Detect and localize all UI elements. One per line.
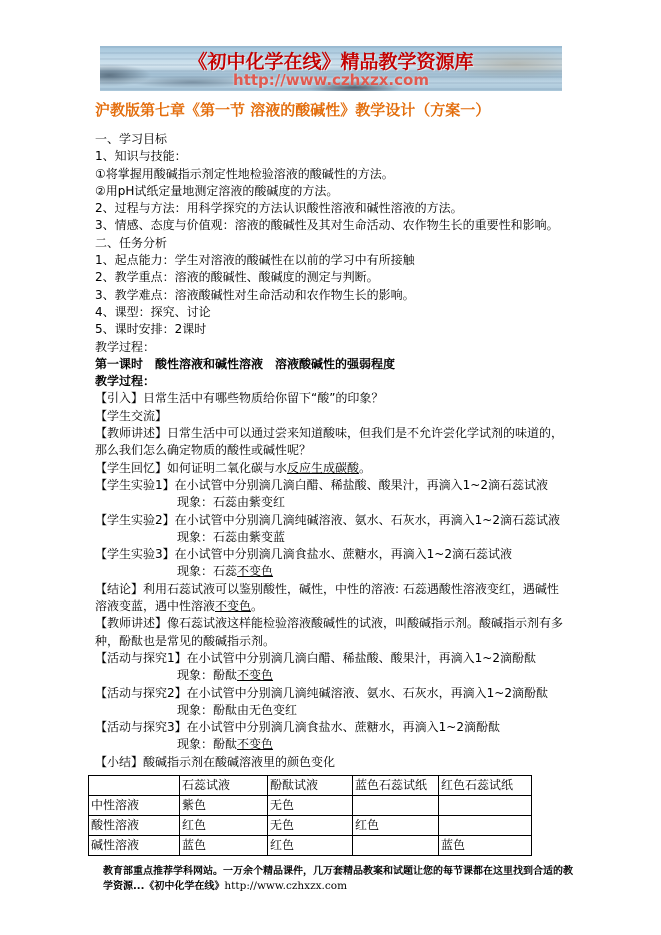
text-run: ②用pH试纸定量地测定溶液的酸碱度的方法。 [95, 184, 338, 198]
table-cell: 蓝色石蕊试纸 [353, 775, 439, 795]
text-run: 【学生实验1】在小试管中分别滴几滴白醋、稀盐酸、酸果汁，再滴入1~2滴石蕊试液 [95, 478, 548, 492]
text-run: 【教师讲述】日常生活中可以通过尝来知道酸味，但我们是不允许尝化学试剂的味道的，那… [95, 426, 563, 457]
table-row: 碱性溶液蓝色红色蓝色 [89, 835, 532, 855]
text-line: 现象：石蕊不变色 [95, 563, 570, 580]
text-line: 2、教学重点：溶液的酸碱性、酸碱度的测定与判断。 [95, 269, 570, 286]
table-row: 酸性溶液红色无色红色 [89, 815, 532, 835]
table-cell: 蓝色 [180, 835, 268, 855]
text-run: 现象：酚酞 [177, 668, 237, 682]
text-run: 现象：石蕊由紫变红 [177, 495, 285, 509]
text-line: 【学生实验2】在小试管中分别滴几滴纯碱溶液、氨水、石灰水，再滴入1~2滴石蕊试液 [95, 512, 570, 529]
text-line: 现象：酚酞不变色 [95, 667, 570, 684]
text-line: 【教师讲述】日常生活中可以通过尝来知道酸味，但我们是不允许尝化学试剂的味道的，那… [95, 425, 570, 460]
table-cell [353, 835, 439, 855]
text-line: 一、学习目标 [95, 131, 570, 148]
text-line: 【引入】日常生活中有哪些物质给你留下“酸”的印象？ [95, 390, 570, 407]
text-run: ①将掌握用酸碱指示剂定性地检验溶液的酸碱性的方法。 [95, 167, 394, 181]
text-run: 现象：酚酞由无色变红 [177, 703, 297, 717]
text-run: 【学生交流】 [95, 409, 167, 423]
text-run: 3、情感、态度与价值观：溶液的酸碱性及其对生命活动、农作物生长的重要性和影响。 [95, 218, 559, 232]
document-page: 《初中化学在线》精品教学资源库 http://www.czhxzx.com 沪教… [0, 0, 661, 935]
text-run: 【活动与探究2】在小试管中分别滴几滴纯碱溶液、氨水、石灰水，再滴入1~2滴酚酞 [95, 686, 548, 700]
text-run: 【引入】日常生活中有哪些物质给你留下“酸”的印象？ [95, 391, 383, 405]
text-run: 现象：酚酞 [177, 737, 237, 751]
text-line: 1、起点能力：学生对溶液的酸碱性在以前的学习中有所接触 [95, 252, 570, 269]
text-line: 教学过程： [95, 339, 570, 356]
text-line: 【学生交流】 [95, 408, 570, 425]
table-cell: 无色 [268, 795, 353, 815]
text-line: 教学过程： [95, 373, 570, 390]
text-run: 。 [251, 599, 263, 613]
text-run: 【学生实验3】在小试管中分别滴几滴食盐水、蔗糖水，再滴入1~2滴石蕊试液 [95, 547, 512, 561]
text-line: 5、课时安排：2课时 [95, 321, 570, 338]
table-cell: 红色 [268, 835, 353, 855]
table-cell: 蓝色 [439, 835, 532, 855]
text-run: 【活动与探究1】在小试管中分别滴几滴白醋、稀盐酸、酸果汁，再滴入1~2滴酚酞 [95, 651, 536, 665]
underlined-text: 不变色 [237, 737, 273, 751]
text-run: 【小结】酸碱指示剂在酸碱溶液里的颜色变化 [95, 755, 335, 769]
text-line: 【学生实验3】在小试管中分别滴几滴食盐水、蔗糖水，再滴入1~2滴石蕊试液 [95, 546, 570, 563]
text-run: 二、任务分析 [95, 236, 167, 250]
text-run: 教学过程： [95, 374, 155, 388]
text-run: 【学生实验2】在小试管中分别滴几滴纯碱溶液、氨水、石灰水，再滴入1~2滴石蕊试液 [95, 513, 560, 527]
table-cell: 红色石蕊试纸 [439, 775, 532, 795]
document-body: 一、学习目标1、知识与技能：①将掌握用酸碱指示剂定性地检验溶液的酸碱性的方法。②… [95, 131, 570, 771]
text-run: 【学生回忆】如何证明二氧化碳与水 [95, 461, 287, 475]
table-cell: 酸性溶液 [89, 815, 180, 835]
table-cell: 碱性溶液 [89, 835, 180, 855]
table-cell: 紫色 [180, 795, 268, 815]
text-line: 【结论】利用石蕊试液可以鉴别酸性，碱性，中性的溶液: 石蕊遇酸性溶液变红，遇碱性… [95, 581, 570, 616]
text-line: 【教师讲述】像石蕊试液这样能检验溶液酸碱性的试液，叫酸碱指示剂。酸碱指示剂有多种… [95, 615, 570, 650]
banner-site-title: 《初中化学在线》精品教学资源库 [100, 52, 562, 72]
text-line: 【活动与探究2】在小试管中分别滴几滴纯碱溶液、氨水、石灰水，再滴入1~2滴酚酞 [95, 685, 570, 702]
table-cell: 红色 [180, 815, 268, 835]
text-run: 一、学习目标 [95, 132, 167, 146]
text-line: 【活动与探究1】在小试管中分别滴几滴白醋、稀盐酸、酸果汁，再滴入1~2滴酚酞 [95, 650, 570, 667]
text-line: 二、任务分析 [95, 235, 570, 252]
text-line: 【小结】酸碱指示剂在酸碱溶液里的颜色变化 [95, 754, 570, 771]
text-line: 【活动与探究3】在小试管中分别滴几滴食盐水、蔗糖水，再滴入1~2滴酚酞 [95, 719, 570, 736]
table-row: 中性溶液紫色无色 [89, 795, 532, 815]
table-cell [353, 795, 439, 815]
footer-url: http://www.czhxzx.com [224, 880, 347, 892]
text-line: 现象：酚酞由无色变红 [95, 702, 570, 719]
text-run: 【教师讲述】像石蕊试液这样能检验溶液酸碱性的试液，叫酸碱指示剂。酸碱指示剂有多种… [95, 616, 563, 647]
indicator-color-table: 石蕊试液酚酞试液蓝色石蕊试纸红色石蕊试纸中性溶液紫色无色酸性溶液红色无色红色碱性… [88, 775, 532, 856]
header-banner-image: 《初中化学在线》精品教学资源库 http://www.czhxzx.com [100, 46, 562, 91]
text-run: 4、课型：探究、讨论 [95, 305, 211, 319]
text-line: 3、教学难点：溶液酸碱性对生命活动和农作物生长的影响。 [95, 287, 570, 304]
text-run: 教学过程： [95, 340, 155, 354]
underlined-text: 反应生成碳酸 [287, 461, 359, 475]
footer-note: 教育部重点推荐学科网站。一万余个精品课件，几万套精品教案和试题让您的每节课都在这… [103, 864, 573, 894]
page-title: 沪教版第七章《第一节 溶液的酸碱性》教学设计（方案一） [95, 100, 570, 120]
text-line: 【学生实验1】在小试管中分别滴几滴白醋、稀盐酸、酸果汁，再滴入1~2滴石蕊试液 [95, 477, 570, 494]
text-run: 第一课时 酸性溶液和碱性溶液 溶液酸碱性的强弱程度 [95, 357, 395, 371]
table-cell [89, 775, 180, 795]
table-cell [439, 795, 532, 815]
text-line: 第一课时 酸性溶液和碱性溶液 溶液酸碱性的强弱程度 [95, 356, 570, 373]
banner-site-url: http://www.czhxzx.com [100, 72, 562, 88]
table-cell: 无色 [268, 815, 353, 835]
table-row: 石蕊试液酚酞试液蓝色石蕊试纸红色石蕊试纸 [89, 775, 532, 795]
table-cell: 石蕊试液 [180, 775, 268, 795]
text-line: 4、课型：探究、讨论 [95, 304, 570, 321]
text-line: 现象：石蕊由紫变红 [95, 494, 570, 511]
text-run: 2、教学重点：溶液的酸碱性、酸碱度的测定与判断。 [95, 270, 379, 284]
text-line: 【学生回忆】如何证明二氧化碳与水反应生成碳酸。 [95, 460, 570, 477]
text-line: 现象：酚酞不变色 [95, 736, 570, 753]
text-run: 5、课时安排：2课时 [95, 322, 206, 336]
table-cell: 中性溶液 [89, 795, 180, 815]
text-line: ①将掌握用酸碱指示剂定性地检验溶液的酸碱性的方法。 [95, 166, 570, 183]
text-run: 1、知识与技能： [95, 149, 187, 163]
underlined-text: 不变色 [237, 564, 273, 578]
underlined-text: 不变色 [215, 599, 251, 613]
text-run: 。 [359, 461, 371, 475]
table-cell: 红色 [353, 815, 439, 835]
text-run: 【结论】利用石蕊试液可以鉴别酸性，碱性，中性的溶液: 石蕊遇酸性溶液变红，遇碱性… [95, 582, 559, 613]
text-line: 1、知识与技能： [95, 148, 570, 165]
text-line: ②用pH试纸定量地测定溶液的酸碱度的方法。 [95, 183, 570, 200]
underlined-text: 不变色 [237, 668, 273, 682]
text-run: 3、教学难点：溶液酸碱性对生命活动和农作物生长的影响。 [95, 288, 415, 302]
text-line: 3、情感、态度与价值观：溶液的酸碱性及其对生命活动、农作物生长的重要性和影响。 [95, 217, 570, 234]
text-run: 2、过程与方法：用科学探究的方法认识酸性溶液和碱性溶液的方法。 [95, 201, 463, 215]
table-cell [439, 815, 532, 835]
text-run: 1、起点能力：学生对溶液的酸碱性在以前的学习中有所接触 [95, 253, 415, 267]
table-cell: 酚酞试液 [268, 775, 353, 795]
text-run: 现象：石蕊由紫变蓝 [177, 530, 285, 544]
text-line: 现象：石蕊由紫变蓝 [95, 529, 570, 546]
text-line: 2、过程与方法：用科学探究的方法认识酸性溶液和碱性溶液的方法。 [95, 200, 570, 217]
text-run: 现象：石蕊 [177, 564, 237, 578]
text-run: 【活动与探究3】在小试管中分别滴几滴食盐水、蔗糖水，再滴入1~2滴酚酞 [95, 720, 500, 734]
document-content: 《初中化学在线》精品教学资源库 http://www.czhxzx.com 沪教… [0, 0, 661, 894]
